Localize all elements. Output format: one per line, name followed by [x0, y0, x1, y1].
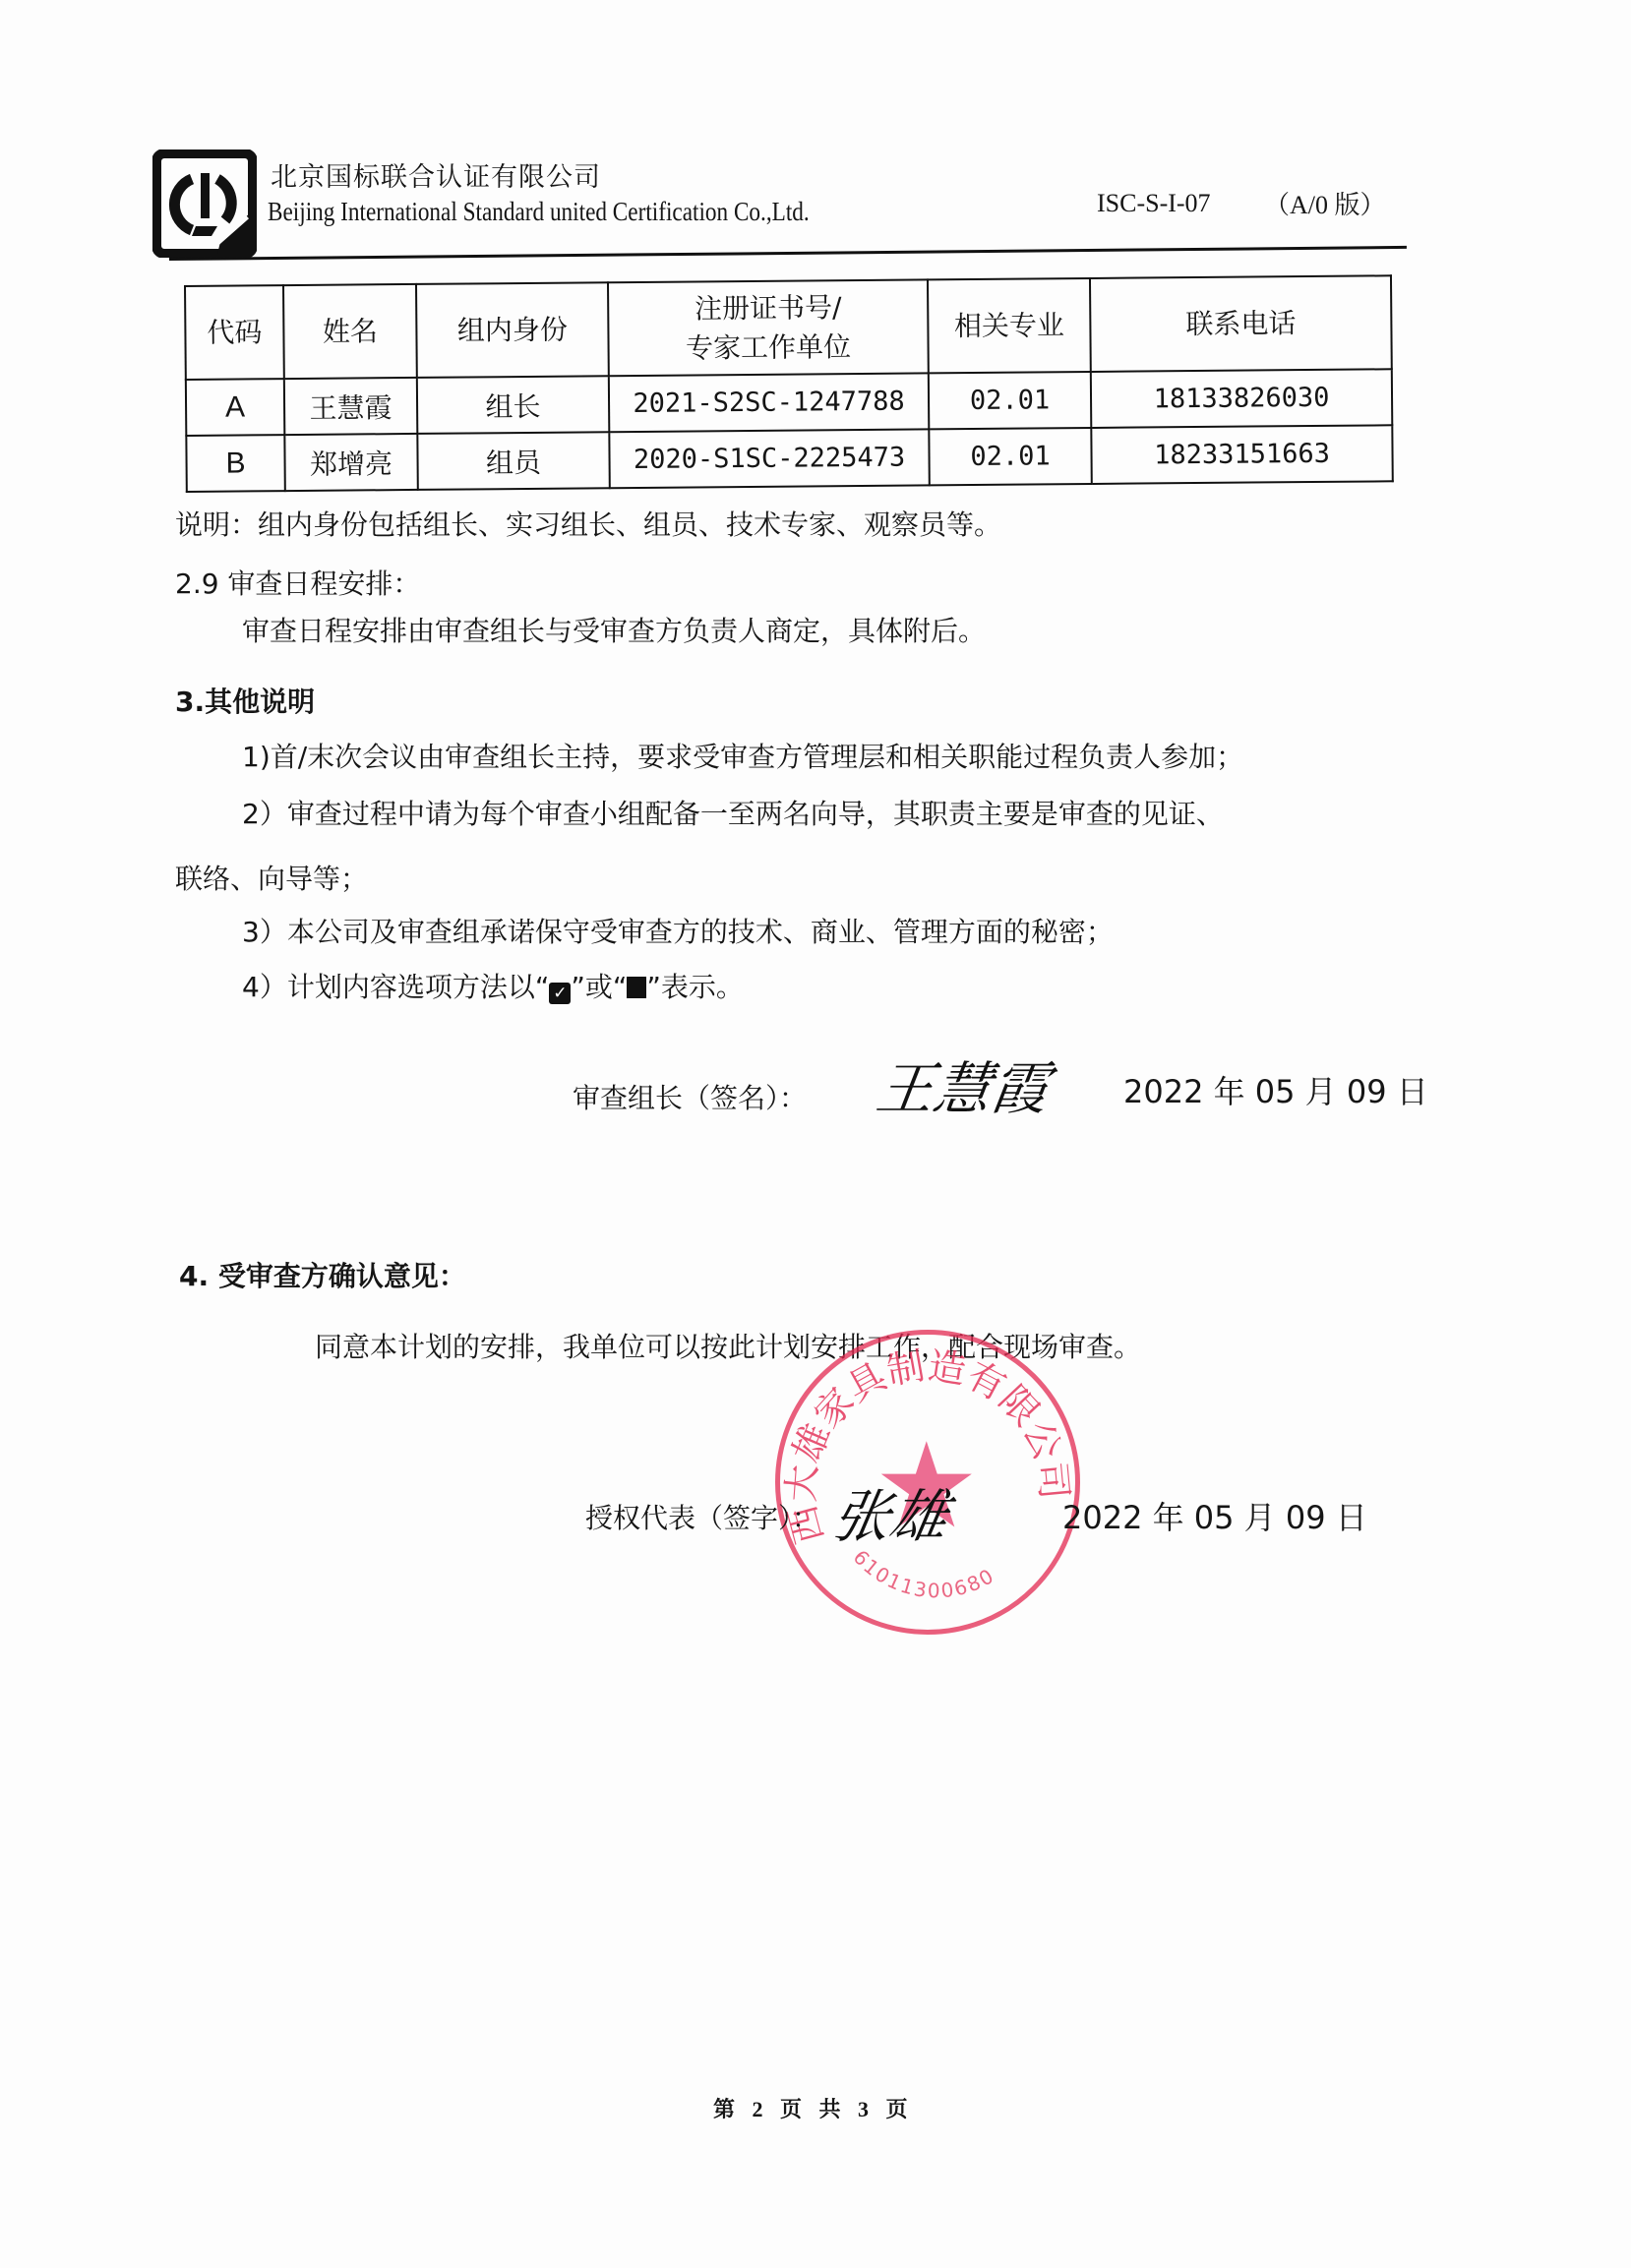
table-note: 说明：组内身份包括组长、实习组长、组员、技术专家、观察员等。: [175, 504, 1001, 543]
company-name-cn: 北京国标联合认证有限公司: [271, 155, 601, 194]
table-row: A 王慧霞 组长 2021-S2SC-1247788 02.01 1813382…: [186, 369, 1392, 436]
leader-signature-label: 审查组长（签名）：: [573, 1077, 807, 1116]
document-version: （A/0 版）: [1264, 185, 1386, 221]
list-item: 3）本公司及审查组承诺保守受审查方的技术、商业、管理方面的秘密；: [242, 911, 1114, 950]
cell-code: A: [186, 379, 284, 436]
document-code: ISC-S-I-07: [1097, 189, 1211, 218]
table-row: B 郑增亮 组员 2020-S1SC-2225473 02.01 1823315…: [186, 425, 1392, 492]
column-header-name: 姓名: [283, 284, 417, 379]
representative-handwritten-signature: 张雄: [827, 1470, 956, 1553]
column-header-specialty: 相关专业: [928, 278, 1091, 373]
column-header-role: 组内身份: [416, 282, 609, 378]
cell-phone: 18233151663: [1091, 425, 1392, 484]
cell-specialty: 02.01: [929, 372, 1091, 429]
list-item: 4）计划内容选项方法以“✓”或“”表示。: [242, 966, 744, 1005]
cell-code: B: [186, 435, 284, 492]
list-item: 1)首/末次会议由审查组长主持，要求受审查方管理层和相关职能过程负责人参加；: [242, 736, 1243, 775]
cell-name: 郑增亮: [284, 434, 417, 491]
representative-signature-label: 授权代表（签字）：: [585, 1497, 819, 1536]
audit-team-table: 代码 姓名 组内身份 注册证书号/ 专家工作单位 相关专业 联系电话 A 王慧霞…: [184, 274, 1394, 493]
cell-cert: 2021-S2SC-1247788: [609, 373, 929, 432]
cell-role: 组长: [417, 376, 609, 434]
cell-phone: 18133826030: [1091, 369, 1392, 428]
column-header-code: 代码: [185, 285, 284, 380]
list-item-continuation: 联络、向导等；: [175, 858, 368, 897]
page-number: 第 2 页 共 3 页: [713, 2093, 914, 2123]
company-name-en: Beijing International Standard united Ce…: [268, 197, 810, 227]
cell-cert: 2020-S1SC-2225473: [609, 429, 929, 488]
column-header-cert: 注册证书号/ 专家工作单位: [608, 279, 929, 376]
list-item: 2）审查过程中请为每个审查小组配备一至两名向导，其职责主要是审查的见证、: [242, 793, 1224, 832]
cell-specialty: 02.01: [929, 428, 1091, 485]
column-header-phone: 联系电话: [1090, 275, 1392, 372]
section-2-9-title: 2.9 审查日程安排：: [175, 563, 420, 602]
filled-square-icon: [627, 977, 646, 998]
company-logo-icon: [152, 149, 257, 258]
checked-box-icon: ✓: [549, 983, 571, 1004]
table-header-row: 代码 姓名 组内身份 注册证书号/ 专家工作单位 相关专业 联系电话: [185, 275, 1392, 380]
leader-signature-date: 2022 年 05 月 09 日: [1123, 1067, 1428, 1112]
section-4-title: 4. 受审查方确认意见：: [179, 1255, 466, 1294]
cell-role: 组员: [417, 432, 609, 490]
cell-name: 王慧霞: [284, 378, 417, 435]
representative-signature-date: 2022 年 05 月 09 日: [1062, 1493, 1367, 1538]
header-divider: [169, 246, 1407, 261]
leader-handwritten-signature: 王慧霞: [872, 1043, 1055, 1125]
section-2-9-body: 审查日程安排由审查组长与受审查方负责人商定，具体附后。: [242, 610, 986, 649]
section-3-title: 3.其他说明: [175, 681, 315, 720]
